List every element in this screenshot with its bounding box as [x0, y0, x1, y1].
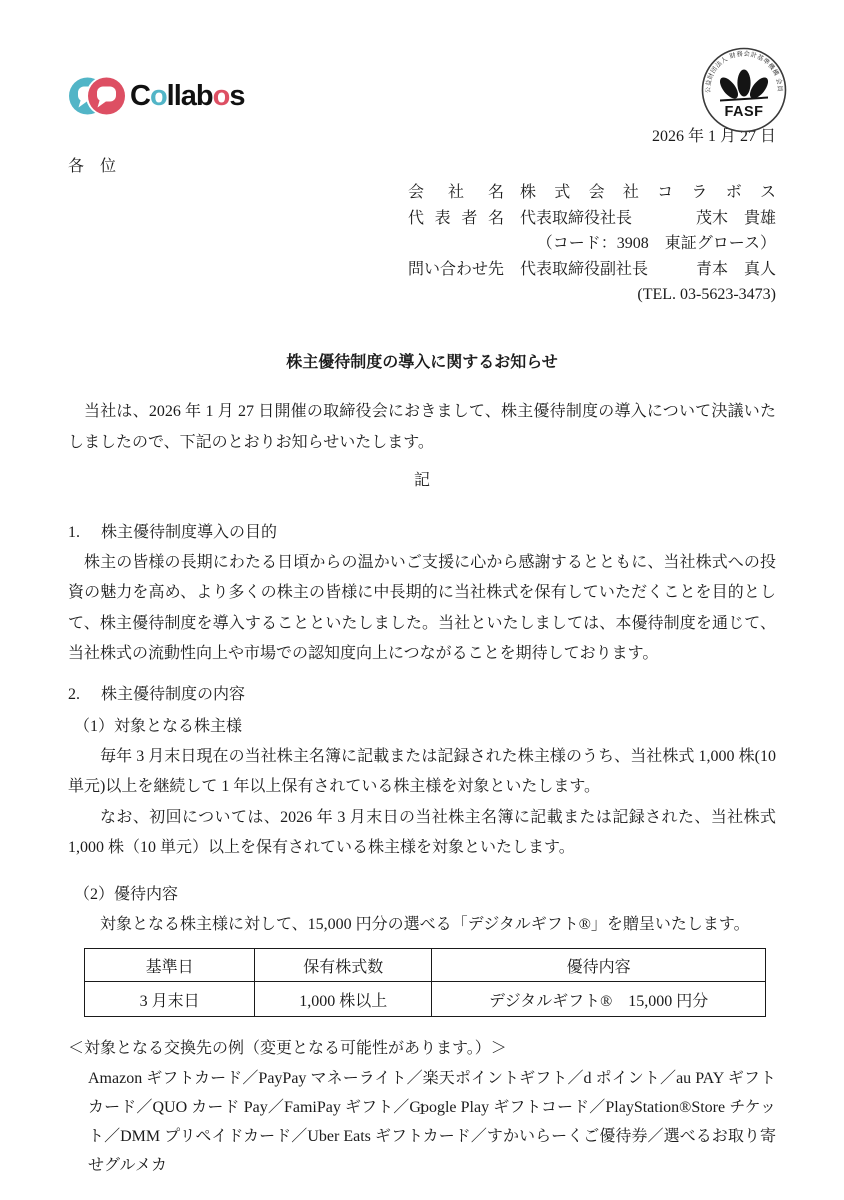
document-date: 2026 年 1 月 27 日 — [68, 126, 776, 148]
representative-name: 茂木 貴雄 — [696, 206, 776, 232]
recipient: 各 位 — [68, 156, 776, 178]
section2-sub1-paragraph2: なお、初回については、2026 年 3 月末日の当社株主名簿に記載または記録され… — [68, 803, 776, 864]
fasf-stamp: 公益財団法人 財務会計基準機構 会員 FASF — [700, 46, 788, 139]
table-header-base-date: 基準日 — [85, 949, 255, 982]
contact-position: 代表取締役副社長 — [520, 257, 648, 283]
logo-letter: C — [130, 80, 150, 112]
contact-name: 青本 真人 — [696, 257, 776, 283]
section2-sub2-paragraph1: 対象となる株主様に対して、15,000 円分の選べる「デジタルギフト®」を贈呈い… — [68, 910, 776, 941]
fasf-label: FASF — [724, 104, 763, 120]
intro-paragraph: 当社は、2026 年 1 月 27 日開催の取締役会におきまして、株主優待制度の… — [68, 396, 776, 458]
page-number: 1 — [0, 1100, 844, 1120]
table-cell-shares-held: 1,000 株以上 — [255, 982, 432, 1017]
representative-value: 代表取締役社長 茂木 貴雄 — [520, 206, 776, 232]
logo-letter: s — [229, 80, 244, 112]
contact-label: 問い合わせ先 — [408, 257, 504, 283]
section2-heading-text: 株主優待制度の内容 — [101, 684, 245, 706]
collabos-logo: Collabos — [68, 76, 245, 116]
exchange-examples-body: Amazon ギフトカード／PayPay マネーライト／楽天ポイントギフト／d … — [88, 1064, 776, 1180]
company-name-value: 株式会社コラボス — [520, 180, 776, 206]
table-data-row: 3 月末日 1,000 株以上 デジタルギフト® 15,000 円分 — [85, 982, 766, 1017]
table-header-shares-held: 保有株式数 — [255, 949, 432, 982]
benefit-table: 基準日 保有株式数 優待内容 3 月末日 1,000 株以上 デジタルギフト® … — [84, 948, 766, 1017]
phone-row: (TEL. 03-5623-3473) — [408, 282, 776, 308]
table-cell-base-date: 3 月末日 — [85, 982, 255, 1017]
section2-heading: 2. 株主優待制度の内容 — [68, 684, 776, 706]
company-info-block: 会社名 株式会社コラボス 代表者名 代表取締役社長 茂木 貴雄 （コード：390… — [408, 180, 776, 308]
stock-code-value: （コード：3908 東証グロース） — [520, 231, 776, 257]
phone-value: (TEL. 03-5623-3473) — [520, 282, 776, 308]
record-marker: 記 — [68, 470, 776, 492]
fasf-stamp-icon: 公益財団法人 財務会計基準機構 会員 FASF — [700, 46, 788, 134]
section2-sub2-heading: （2）優待内容 — [74, 880, 776, 910]
section1-number: 1. — [68, 522, 101, 544]
company-name-label: 会社名 — [408, 180, 504, 206]
section2-number: 2. — [68, 684, 101, 706]
contact-row: 問い合わせ先 代表取締役副社長 青本 真人 — [408, 257, 776, 283]
document-title: 株主優待制度の導入に関するお知らせ — [68, 352, 776, 374]
section2-sub1-paragraph1: 毎年 3 月末日現在の当社株主名簿に記載または記録された株主様のうち、当社株式 … — [68, 742, 776, 803]
collabos-logo-icon — [68, 76, 125, 116]
contact-value: 代表取締役副社長 青本 真人 — [520, 257, 776, 283]
press-release-page: Collabos 公益財団法人 財務会計基準機構 会員 FASF — [0, 0, 844, 1200]
section1-heading: 1. 株主優待制度導入の目的 — [68, 522, 776, 544]
company-name-row: 会社名 株式会社コラボス — [408, 180, 776, 206]
collabos-logo-text: Collabos — [130, 82, 245, 111]
table-header-benefit-detail: 優待内容 — [432, 949, 766, 982]
section1-heading-text: 株主優待制度導入の目的 — [101, 522, 277, 544]
exchange-examples-heading: ＜対象となる交換先の例（変更となる可能性があります。）＞ — [68, 1037, 776, 1061]
table-header-row: 基準日 保有株式数 優待内容 — [85, 949, 766, 982]
page-header: Collabos 公益財団法人 財務会計基準機構 会員 FASF — [68, 48, 776, 118]
representative-label: 代表者名 — [408, 206, 504, 232]
stock-code-row: （コード：3908 東証グロース） — [408, 231, 776, 257]
logo-letter-red-o: o — [213, 80, 230, 112]
section1-body: 株主の皆様の長期にわたる日頃からの温かいご支援に心から感謝するとともに、当社株式… — [68, 548, 776, 670]
representative-position: 代表取締役社長 — [520, 206, 632, 232]
section2-sub1-heading: （1）対象となる株主様 — [74, 712, 776, 742]
logo-letter: llab — [167, 80, 213, 112]
representative-row: 代表者名 代表取締役社長 茂木 貴雄 — [408, 206, 776, 232]
table-cell-benefit-detail: デジタルギフト® 15,000 円分 — [432, 982, 766, 1017]
logo-letter-teal-o: o — [150, 80, 167, 112]
